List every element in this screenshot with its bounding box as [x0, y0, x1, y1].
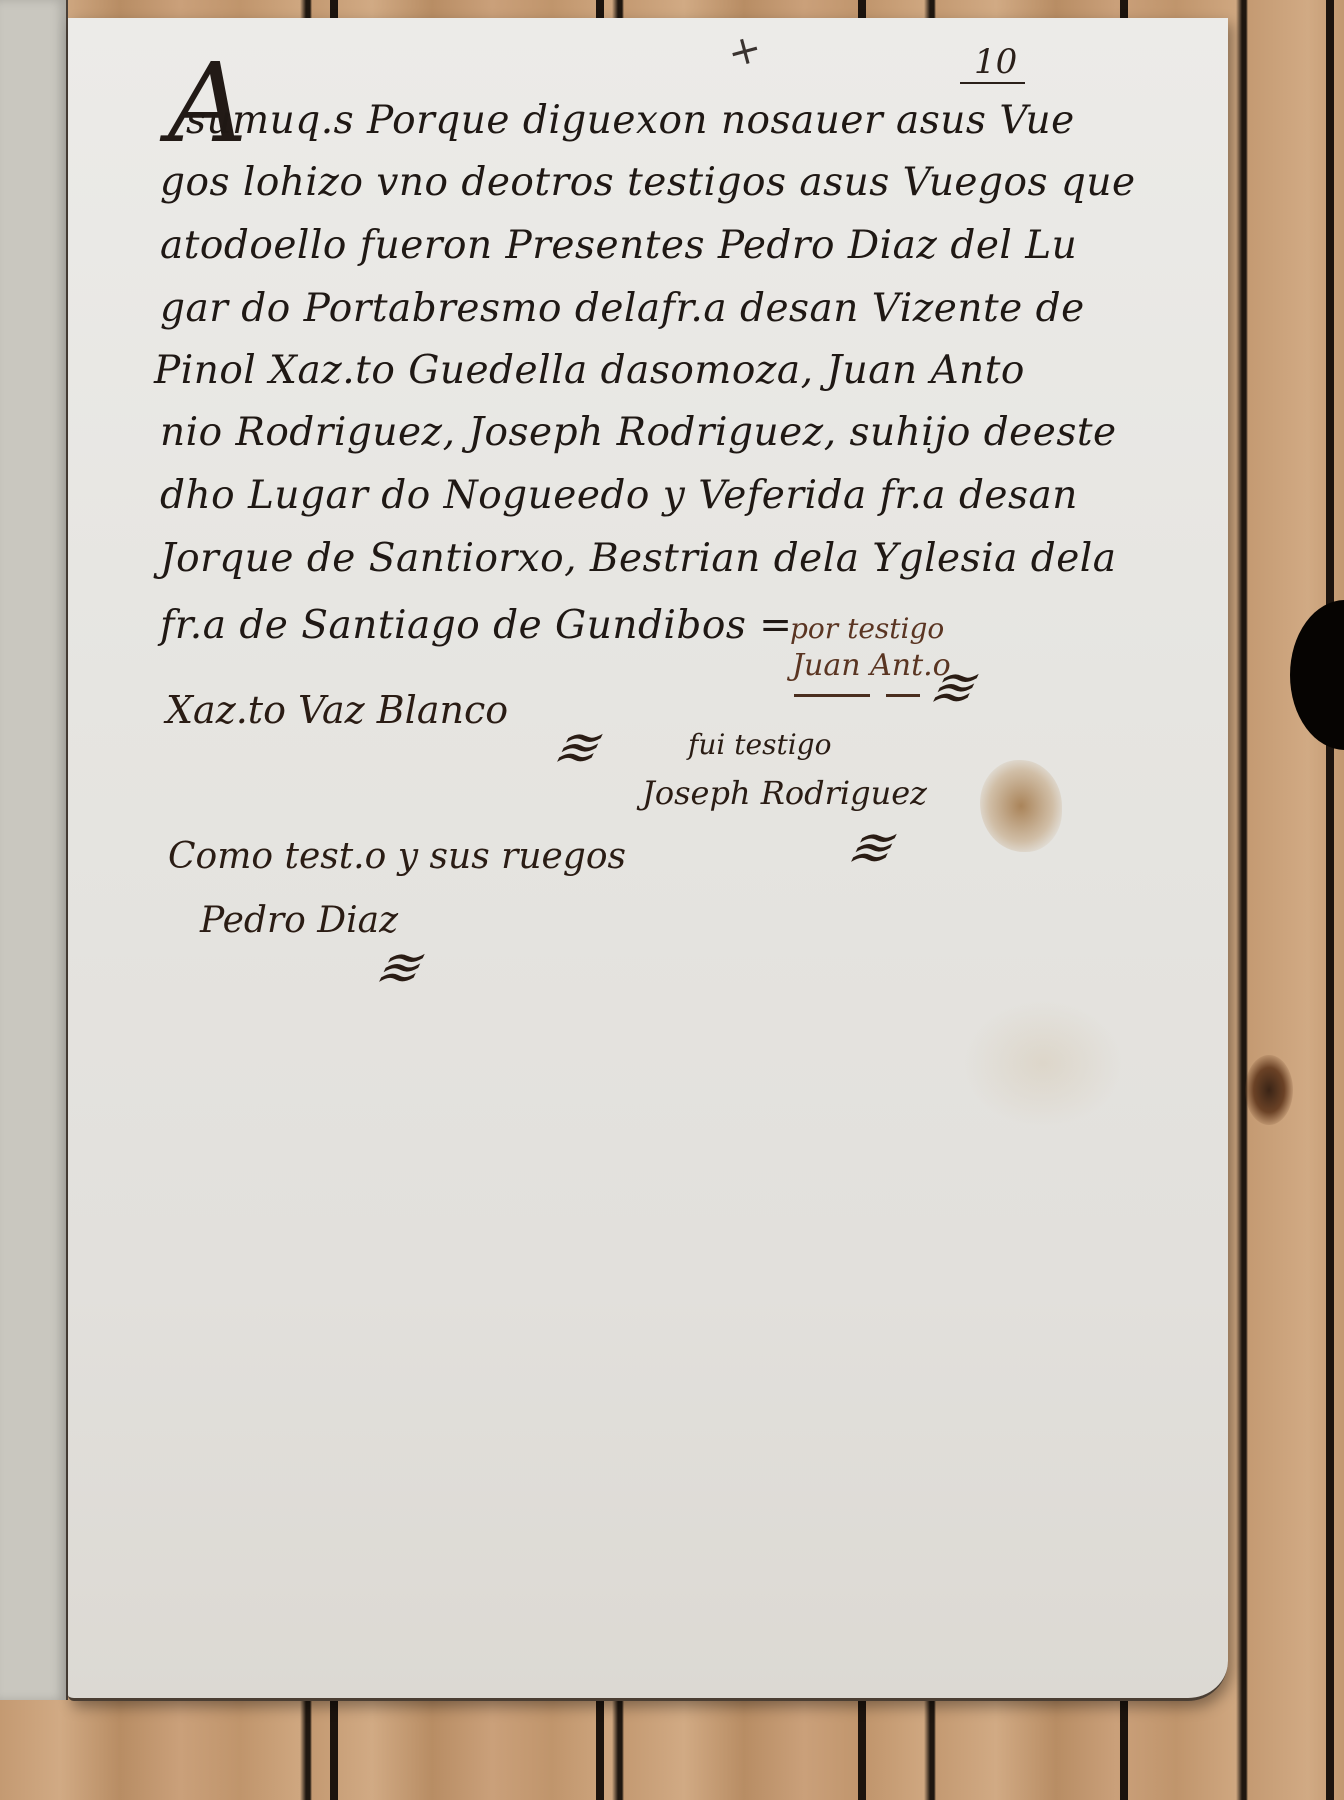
signature-rubric: ≋ [838, 818, 896, 878]
wood-knot [1245, 1055, 1293, 1125]
signature-underline [886, 694, 920, 697]
folio-number: 10 [960, 42, 1025, 84]
wood-slat-gap [1326, 0, 1334, 1800]
signature-name: Xaz.to Vaz Blanco [166, 688, 508, 732]
signature-name: Juan Ant.o [792, 648, 951, 683]
signature-rubric: ≋ [366, 938, 424, 998]
signature-label: Como test.o y sus ruegos [168, 836, 626, 877]
ink-stain [980, 760, 1062, 852]
text-line: fr.a de Santiago de Gundibos = [160, 603, 792, 648]
manuscript-page: + 10 A sumuq.s Porque diguexon nosauer a… [68, 18, 1228, 1701]
text-line: atodoello fueron Presentes Pedro Diaz de… [160, 223, 1077, 268]
text-line: dho Lugar do Nogueedo y Veferida fr.a de… [160, 473, 1078, 518]
signature-underline [794, 694, 870, 697]
cross-mark: + [723, 24, 767, 77]
text-line: gar do Portabresmo delafr.a desan Vizent… [160, 286, 1085, 331]
text-line: sumuq.s Porque diguexon nosauer asus Vue [186, 98, 1075, 143]
signature-name: Joseph Rodriguez [642, 774, 927, 812]
signature-rubric: ≋ [544, 718, 602, 778]
text-line: Pinol Xaz.to Guedella dasomoza, Juan Ant… [154, 348, 1025, 393]
text-line: Jorque de Santiorxo, Bestrian dela Ygles… [160, 536, 1117, 581]
signature-name: Pedro Diaz [200, 900, 398, 941]
facing-page-edge [0, 0, 68, 1700]
signature-label: por testigo [790, 612, 944, 645]
text-line: gos lohizo vno deotros testigos asus Vue… [160, 160, 1136, 205]
text-line: nio Rodriguez, Joseph Rodriguez, suhijo … [160, 410, 1117, 455]
signature-label: fui testigo [688, 728, 831, 761]
water-stain [963, 998, 1123, 1128]
